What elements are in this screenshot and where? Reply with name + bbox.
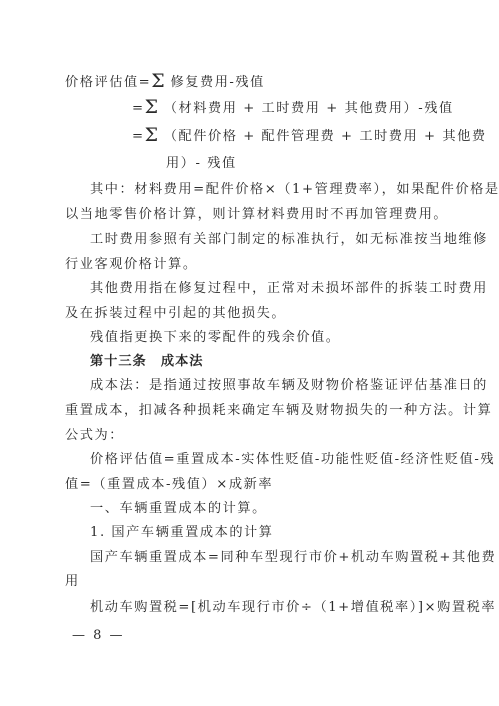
equals-sign: = [132,129,145,144]
paragraph-line: 国产车辆重置成本=同种车型现行市价+机动车购置税+其他费 [90,546,496,565]
paragraph-line: 成本法：是指通过按照事故车辆及财物价格鉴证评估基准日的 [90,374,488,393]
formula-line-1: 价格评估值=Σ 修复费用-残值 [65,70,265,92]
formula-text: 修复费用-残值 [165,75,265,90]
paragraph-line: 以当地零售价格计算，则计算材料费用时不再加管理费用。 [65,203,448,222]
formula-label: 价格评估值= [65,75,151,90]
equals-sign: = [132,101,145,116]
paragraph-line: 用 [65,570,80,589]
sigma-symbol: Σ [145,96,158,118]
paragraph-line: 行业客观价格计算。 [65,253,198,272]
section-heading: 第十三条 成本法 [90,350,204,369]
sigma-symbol: Σ [151,70,164,92]
paragraph-line: 机动车购置税=[机动车现行市价÷（1+增值税率）]×购置税率 [90,596,496,615]
paragraph-line: 值=（重置成本-残值）×成新率 [65,473,273,492]
formula-line-2: =Σ （材料费用 + 工时费用 + 其他费用）-残值 [132,96,454,118]
sigma-symbol: Σ [145,124,158,146]
paragraph-line: 工时费用参照有关部门制定的标准执行，如无标准按当地维修 [90,228,488,247]
paragraph-line: 公式为： [65,424,124,443]
formula-text: （配件价格 + 配件管理费 + 工时费用 + 其他费 [158,129,487,144]
paragraph-line: 1. 国产车辆重置成本的计算 [90,521,274,540]
paragraph-line: 一、车辆重置成本的计算。 [90,497,267,516]
formula-line-4: 用）- 残值 [166,152,237,171]
paragraph-line: 及在拆装过程中引起的其他损失。 [65,302,286,321]
formula-line-3: =Σ （配件价格 + 配件管理费 + 工时费用 + 其他费 [132,124,487,146]
paragraph-line: 残值指更换下来的零配件的残余价值。 [90,326,341,345]
page-number: — 8 — [72,628,125,643]
paragraph-line: 重置成本，扣减各种损耗来确定车辆及财物损失的一种方法。计算 [65,399,492,418]
formula-text: （材料费用 + 工时费用 + 其他费用）-残值 [158,101,454,116]
paragraph-line: 价格评估值=重置成本-实体性贬值-功能性贬值-经济性贬值-残 [90,448,495,467]
paragraph-line: 其他费用指在修复过程中，正常对未损坏部件的拆装工时费用 [90,277,488,296]
paragraph-line: 其中：材料费用=配件价格×（1+管理费率），如果配件价格是 [90,178,499,197]
